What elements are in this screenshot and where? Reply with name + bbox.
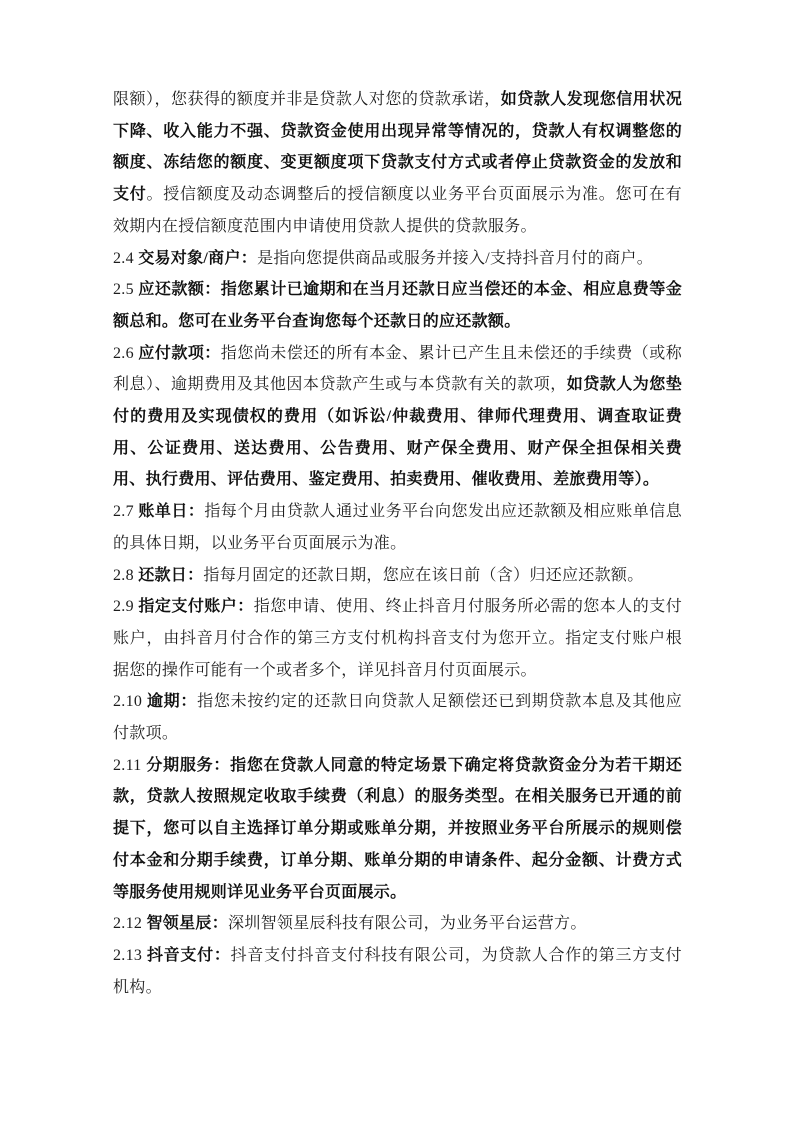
clause-2-10-overdue: 2.10 逾期：指您未按约定的还款日向贷款人足额偿还已到期贷款本息及其他应付款项… (113, 686, 682, 749)
text-run: 应还款额：指您累计已逾期和在当月还款日应当偿还的本金、相应息费等金额总和。您可在… (113, 281, 682, 330)
text-run: 2.5 (113, 281, 138, 298)
text-run: 还款日： (138, 567, 203, 584)
text-run: 2.4 (113, 250, 138, 267)
clause-2-11-installment-service: 2.11 分期服务：指您在贷款人同意的特定场景下确定将贷款资金分为若干期还款，贷… (113, 750, 682, 909)
document-page: 限额），您获得的额度并非是贷款人对您的贷款承诺，如贷款人发现您信用状况下降、收入… (0, 0, 793, 1122)
text-run: 分期服务：指您在贷款人同意的特定场景下确定将贷款资金分为若干期还款，贷款人按照规… (113, 757, 682, 901)
text-run: 账单日： (138, 503, 204, 520)
clause-credit-limit-continuation: 限额），您获得的额度并非是贷款人对您的贷款承诺，如贷款人发现您信用状况下降、收入… (113, 84, 682, 243)
text-run: 指您未按约定的还款日向贷款人足额偿还已到期贷款本息及其他应付款项。 (113, 693, 682, 742)
clause-2-13-douyin-pay: 2.13 抖音支付：抖音支付抖音支付科技有限公司，为贷款人合作的第三方支付机构。 (113, 940, 682, 1003)
clause-2-8-repayment-date: 2.8 还款日：指每月固定的还款日期，您应在该日前（含）归还应还款额。 (113, 560, 682, 592)
text-run: 交易对象/商户： (138, 250, 257, 267)
text-run: 2.12 (113, 915, 147, 932)
text-run: 限额），您获得的额度并非是贷款人对您的贷款承诺， (113, 91, 501, 108)
clause-2-5-amount-due: 2.5 应还款额：指您累计已逾期和在当月还款日应当偿还的本金、相应息费等金额总和… (113, 274, 682, 337)
text-run: 应付款项： (138, 345, 220, 362)
text-run: 逾期： (147, 693, 197, 710)
clause-2-12-zhiling-xingchen: 2.12 智领星辰：深圳智领星辰科技有限公司，为业务平台运营方。 (113, 908, 682, 940)
clause-2-4-transaction-counterparty: 2.4 交易对象/商户：是指向您提供商品或服务并接入/支持抖音月付的商户。 (113, 243, 682, 275)
text-run: 是指向您提供商品或服务并接入/支持抖音月付的商户。 (257, 250, 653, 267)
text-run: 2.9 (113, 598, 138, 615)
text-run: 。授信额度及动态调整后的授信额度以业务平台页面展示为准。您可在有效期内在授信额度… (113, 186, 682, 235)
text-run: 2.7 (113, 503, 138, 520)
text-run: 深圳智领星辰科技有限公司，为业务平台运营方。 (228, 915, 587, 932)
clause-2-9-designated-payment-account: 2.9 指定支付账户：指您申请、使用、终止抖音月付服务所必需的您本人的支付账户，… (113, 591, 682, 686)
text-run: 指每月固定的还款日期，您应在该日前（含）归还应还款额。 (203, 567, 643, 584)
text-run: 2.6 (113, 345, 138, 362)
clause-2-7-billing-date: 2.7 账单日：指每个月由贷款人通过业务平台向您发出应还款额及相应账单信息的具体… (113, 496, 682, 559)
text-run: 指定支付账户： (138, 598, 253, 615)
text-run: 抖音支付： (147, 947, 231, 964)
text-run: 2.8 (113, 567, 138, 584)
text-run: 2.10 (113, 693, 147, 710)
text-run: 2.11 (113, 757, 146, 774)
text-run: 智领星辰： (147, 915, 229, 932)
document-body: 限额），您获得的额度并非是贷款人对您的贷款承诺，如贷款人发现您信用状况下降、收入… (113, 84, 682, 1003)
clause-2-6-payables: 2.6 应付款项：指您尚未偿还的所有本金、累计已产生且未偿还的手续费（或称利息）… (113, 338, 682, 497)
text-run: 2.13 (113, 947, 147, 964)
